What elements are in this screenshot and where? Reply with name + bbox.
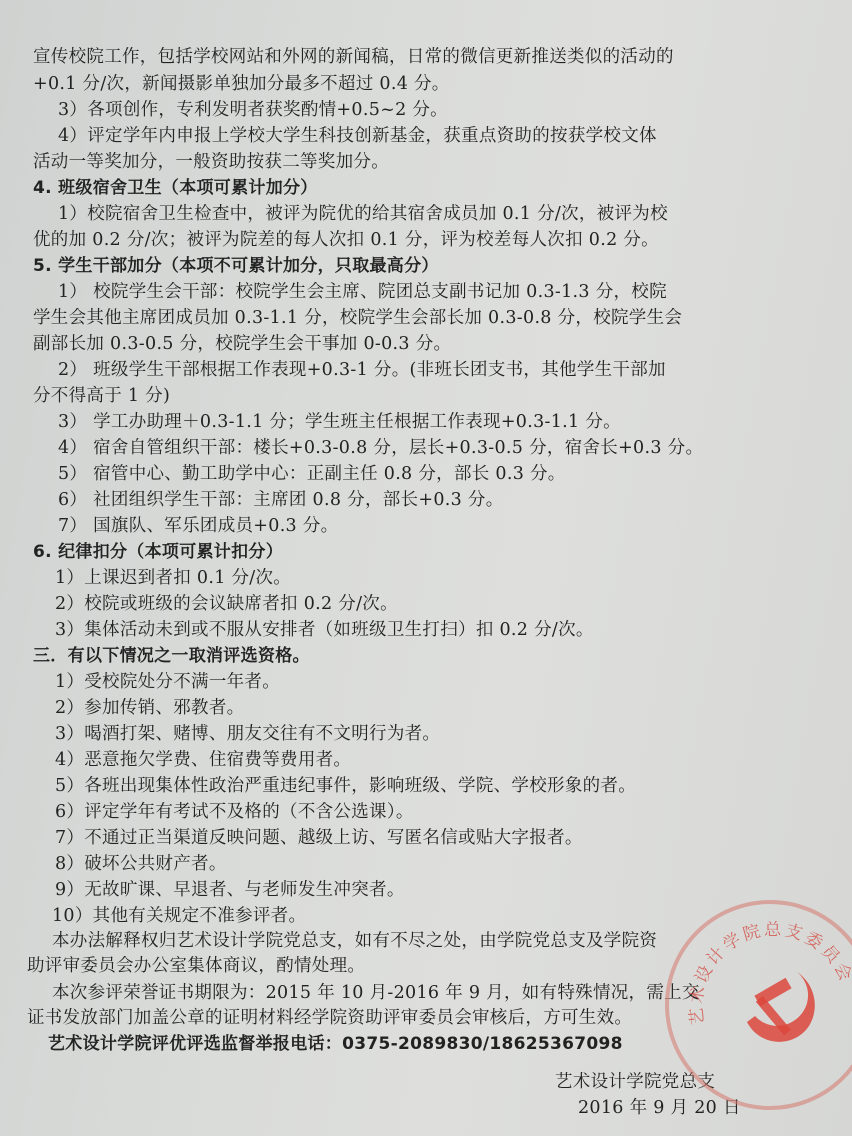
text-line: 1） 校院学生会干部：校院学生会主席、院团总支副书记加 0.3-1.3 分，校院 (58, 280, 667, 304)
text-line: 活动一等奖加分，一般资助按获二等奖加分。 (33, 150, 389, 174)
text-line: 1）受校院处分不满一年者。 (55, 670, 280, 694)
text-line: 1）校院宿舍卫生检查中，被评为院优的给其宿舍成员加 0.1 分/次，被评为校 (58, 202, 668, 226)
section-heading: 艺术设计学院评优评选监督举报电话：0375-2089830/1862536709… (48, 1032, 623, 1056)
text-line: 4）恶意拖欠学费、住宿费等费用者。 (55, 748, 351, 772)
text-line: 1）上课迟到者扣 0.1 分/次。 (55, 566, 291, 590)
text-line: 宣传校院工作，包括学校网站和外网的新闻稿，日常的微信更新推送类似的活动的 (33, 45, 674, 69)
text-line: 3）喝酒打架、赌博、朋友交往有不文明行为者。 (55, 722, 440, 746)
text-line: 6）评定学年有考试不及格的（不含公选课）。 (55, 800, 414, 824)
text-line: +0.1 分/次，新闻摄影单独加分最多不超过 0.4 分。 (33, 72, 450, 96)
text-line: 证书发放部门加盖公章的证明材料经学院资助评审委员会审核后，方可生效。 (27, 1006, 632, 1030)
section-heading: 4. 班级宿舍卫生（本项可累计加分） (33, 176, 318, 200)
text-line: 副部长加 0.3-0.5 分，校院学生会干事加 0-0.3 分。 (33, 332, 451, 356)
text-line: 6） 社团组织学生干部：主席团 0.8 分，部长+0.3 分。 (58, 488, 504, 512)
text-line: 7） 国旗队、军乐团成员+0.3 分。 (58, 514, 338, 538)
text-line: 3）集体活动未到或不服从安排者（如班级卫生打扫）扣 0.2 分/次。 (55, 618, 594, 642)
text-line: 9）无故旷课、早退者、与老师发生冲突者。 (55, 878, 405, 902)
official-seal: 艺术设计学院总支委员会 (665, 900, 852, 1110)
text-line: 10）其他有关规定不准参评者。 (52, 904, 306, 928)
text-line: 5）各班出现集体性政治严重违纪事件，影响班级、学院、学校形象的者。 (55, 774, 636, 798)
hammer-and-sickle-icon: 艺术设计学院总支委员会 (669, 904, 852, 1114)
text-line: 学生会其他主席团成员加 0.3-1.1 分，校院学生会部长加 0.3-0.8 分… (33, 306, 682, 330)
text-line: 2）参加传销、邪教者。 (55, 696, 244, 720)
text-line: 本次参评荣誉证书期限为：2015 年 10 月-2016 年 9 月，如有特殊情… (52, 981, 700, 1005)
text-line: 3）各项创作，专利发明者获奖酌情+0.5~2 分。 (58, 98, 448, 122)
text-line: 3） 学工办助理＋0.3-1.1 分；学生班主任根据工作表现+0.3-1.1 分… (58, 410, 621, 434)
text-line: 5） 宿管中心、勤工助学中心：正副主任 0.8 分，部长 0.3 分。 (58, 462, 566, 486)
section-heading: 6. 纪律扣分（本项可累计扣分） (33, 540, 283, 564)
text-line: 7）不通过正当渠道反映问题、越级上访、写匿名信或贴大字报者。 (55, 826, 583, 850)
text-line: 8）破坏公共财产者。 (55, 852, 227, 876)
text-line: 优的加 0.2 分/次；被评为院差的每人次扣 0.1 分，评为校差每人次扣 0.… (33, 228, 659, 252)
text-line: 4）评定学年内申报上学校大学生科技创新基金，获重点资助的按获学校文体 (58, 124, 657, 148)
text-line: 2） 班级学生干部根据工作表现+0.3-1 分。(非班长团支书，其他学生干部加 (58, 358, 666, 382)
section-heading: 5. 学生干部加分（本项不可累计加分，只取最高分） (33, 254, 439, 278)
text-line: 本办法解释权归艺术设计学院党总支，如有不尽之处，由学院党总支及学院资 (52, 929, 657, 953)
text-line: 分不得高于 1 分) (33, 384, 170, 408)
text-line: 助评审委员会办公室集体商议，酌情处理。 (27, 954, 365, 978)
section-heading: 三．有以下情况之一取消评选资格。 (33, 644, 310, 668)
text-line: 2）校院或班级的会议缺席者扣 0.2 分/次。 (55, 592, 398, 616)
text-line: 4） 宿舍自管组织干部：楼长+0.3-0.8 分，层长+0.3-0.5 分，宿舍… (58, 436, 703, 460)
